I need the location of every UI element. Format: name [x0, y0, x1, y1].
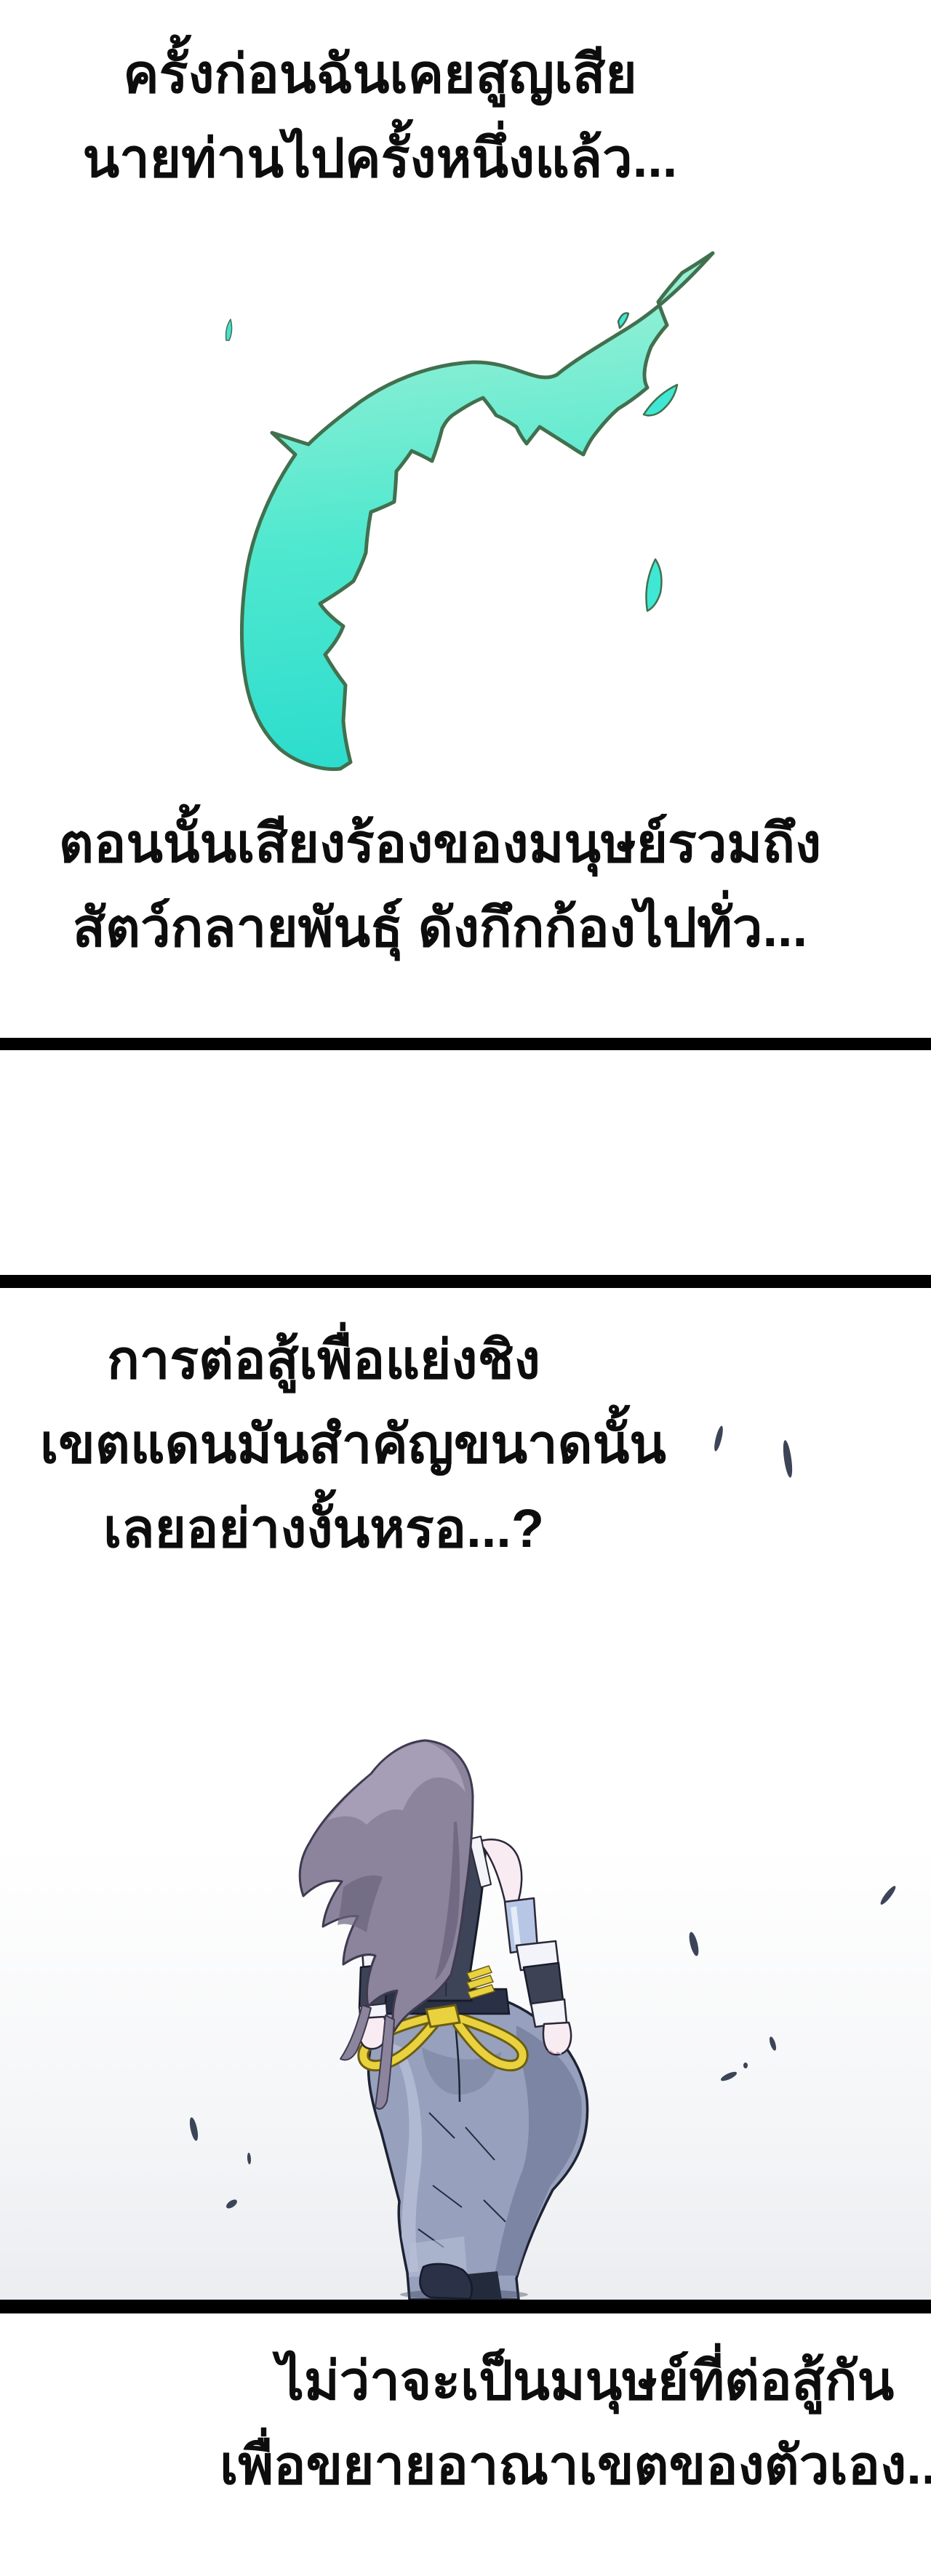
- narration-block-4: ไม่ว่าจะเป็นมนุษย์ที่ต่อสู้กัน เพื่อขยาย…: [211, 2339, 931, 2508]
- narration-line: ครั้งก่อนฉันเคยสูญเสีย: [0, 32, 760, 116]
- crescent-wisp-flame: [646, 559, 661, 611]
- crescent-sliver: [226, 319, 232, 340]
- comic-page: ครั้งก่อนฉันเคยสูญเสีย นายท่านไปครั้งหนึ…: [0, 0, 931, 2576]
- narration-block-2: ตอนนั้นเสียงร้องของมนุษย์รวมถึง สัตว์กลา…: [15, 801, 866, 970]
- crescent-body: [242, 253, 713, 769]
- narration-line: เพื่อขยายอาณาเขตของตัวเอง...: [211, 2423, 931, 2508]
- narration-block-3: การต่อสู้เพื่อแย่งชิง เขตแดนมันสำคัญขนาด…: [40, 1318, 607, 1571]
- narration-line: สัตว์กลายพันธุ์ ดังกึกก้องไปทั่ว...: [15, 886, 866, 970]
- character-illustration: [276, 1735, 600, 2300]
- narration-line: ไม่ว่าจะเป็นมนุษย์ที่ต่อสู้กัน: [211, 2339, 931, 2423]
- narration-line: ตอนนั้นเสียงร้องของมนุษย์รวมถึง: [15, 801, 866, 886]
- crescent-wisp-dash: [618, 313, 628, 328]
- panel-divider-bar-2: [0, 1275, 931, 1288]
- dust-speck: [743, 2063, 748, 2068]
- narration-line: การต่อสู้เพื่อแย่งชิง: [40, 1318, 607, 1402]
- panel-divider-bar-3: [0, 2300, 931, 2313]
- panel-divider-bar-1: [0, 1038, 931, 1050]
- narration-line: นายท่านไปครั้งหนึ่งแล้ว...: [0, 116, 760, 201]
- narration-line: เลยอย่างงั้นหรอ...?: [40, 1487, 607, 1571]
- narration-block-1: ครั้งก่อนฉันเคยสูญเสีย นายท่านไปครั้งหนึ…: [0, 32, 760, 201]
- crescent-wisp-leaf: [644, 385, 677, 415]
- energy-crescent-illustration: [211, 236, 735, 775]
- right-fist: [543, 2023, 571, 2055]
- narration-line: เขตแดนมันสำคัญขนาดนั้น: [40, 1402, 607, 1487]
